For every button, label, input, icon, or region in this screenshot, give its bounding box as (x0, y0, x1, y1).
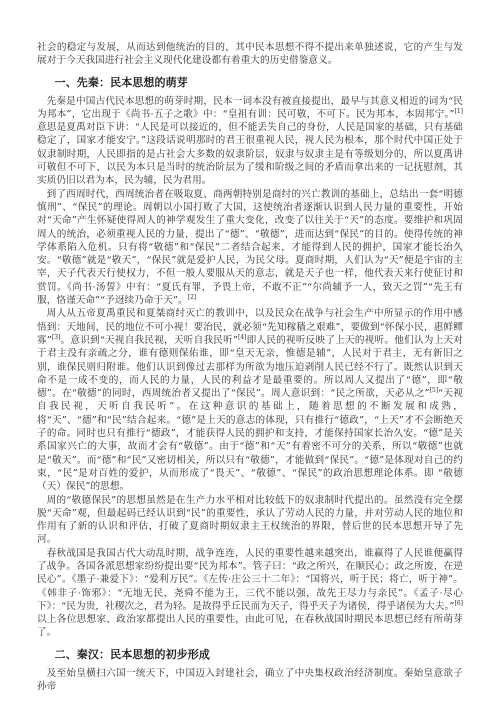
document-body: 社会的稳定与发展，从而达到他统治的目的，其中民本思想不得不提出来单独述说，它的产… (37, 41, 463, 693)
paragraph: 及至始皇横扫六国一统天下，中国迈入封建社会，确立了中央集权政治经济制度。秦始皇意… (37, 667, 463, 694)
citation-marker: [6] (455, 600, 464, 607)
paragraph: 周人从五帝夏禹重民和夏桀商纣灭亡的教训中，以及民众在战争与社会生产中所显示的作用… (37, 307, 463, 493)
paragraph: 社会的稳定与发展，从而达到他统治的目的，其中民本思想不得不提出来单独述说，它的产… (37, 41, 463, 68)
citation-marker: [4] (238, 334, 247, 341)
paragraph: 先秦是中国古代民本思想的萌芽时期，民本一词本没有被直接提出，最早与其意义相近的词… (37, 95, 463, 188)
citation-marker: [1] (455, 108, 464, 115)
section-heading: 一、先秦：民本思想的萌芽 (37, 76, 463, 90)
document-page: 社会的稳定与发展，从而达到他统治的目的，其中民本思想不得不提出来单独述说，它的产… (0, 0, 500, 707)
section-heading: 二、秦汉：民本思想的初步形成 (37, 648, 463, 662)
citation-marker: [2] (188, 294, 197, 301)
citation-marker: [5] (430, 387, 439, 394)
paragraph: 周的“敬德保民”的思想虽然是在生产力水平相对比较低下的奴隶制时代提出的。虽然没有… (37, 494, 463, 547)
paragraph: 到了西周时代，西周统治者在吸取夏、商两朝特别是商纣的兴亡教训的基础上，总结出一套… (37, 188, 463, 308)
paragraph: 春秋战国是我国古代大动乱时期，战争连连，人民的重要性越来越突出，谁赢得了人民谁便… (37, 547, 463, 640)
citation-marker: [3] (52, 334, 61, 341)
